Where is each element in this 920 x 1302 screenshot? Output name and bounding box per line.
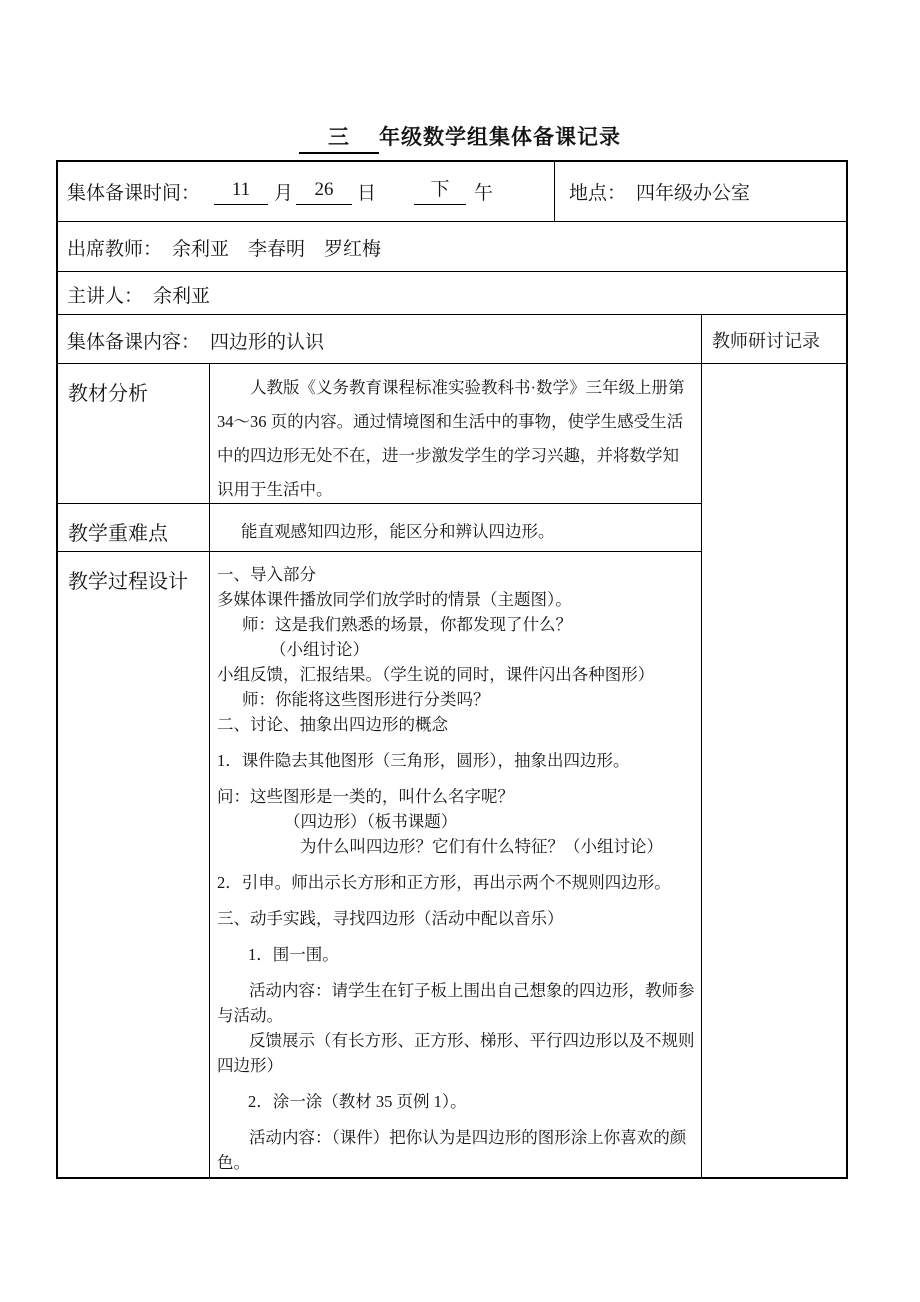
process-line: 师：这是我们熟悉的场景，你都发现了什么？ bbox=[217, 612, 695, 637]
process-line: 反馈展示（有长方形、正方形、梯形、平行四边形以及不规则四边形） bbox=[217, 1028, 695, 1078]
process-line: （小组讨论） bbox=[217, 637, 695, 662]
cell-attendees: 出席教师：余利亚 李春明 罗红梅 bbox=[58, 222, 846, 272]
record-header-label: 教师研讨记录 bbox=[712, 331, 820, 351]
process-line: 2．引申。师出示长方形和正方形，再出示两个不规则四边形。 bbox=[217, 870, 695, 895]
attendees-value: 余利亚 李春明 罗红梅 bbox=[172, 239, 381, 260]
location-label: 地点： bbox=[569, 183, 626, 204]
cell-process-label: 教学过程设计 bbox=[58, 552, 210, 1177]
prep-time-period-value: 下 bbox=[414, 178, 466, 205]
prep-time-period-unit: 午 bbox=[474, 183, 493, 204]
keypoints-label: 教学重难点 bbox=[68, 523, 168, 545]
process-line: 活动内容：请学生在钉子板上围出自己想象的四边形，教师参与活动。 bbox=[217, 978, 695, 1028]
cell-record-header: 教师研讨记录 bbox=[702, 315, 846, 364]
process-content: 一、导入部分多媒体课件播放同学们放学时的情景（主题图）。师：这是我们熟悉的场景，… bbox=[210, 552, 702, 1177]
keypoints-text: 能直观感知四边形，能区分和辨认四边形。 bbox=[241, 522, 555, 541]
title-grade-blank: 三 bbox=[299, 121, 379, 154]
topic-label: 集体备课内容： bbox=[67, 332, 200, 353]
prep-time-label: 集体备课时间： bbox=[67, 183, 200, 204]
process-line: 多媒体课件播放同学们放学时的情景（主题图）。 bbox=[217, 587, 695, 612]
prep-time-day-unit: 日 bbox=[357, 183, 376, 204]
process-line: 三、动手实践，寻找四边形（活动中配以音乐） bbox=[217, 906, 695, 931]
cell-teacher-discussion-record bbox=[702, 364, 846, 1177]
speaker-value: 余利亚 bbox=[153, 286, 210, 307]
process-label: 教学过程设计 bbox=[68, 571, 188, 593]
process-line: 师：你能将这些图形进行分类吗？ bbox=[217, 687, 695, 712]
prep-time-month-value: 11 bbox=[214, 178, 268, 205]
cell-location: 地点：四年级办公室 bbox=[555, 162, 846, 222]
lesson-prep-table: 集体备课时间：11月26日下午 地点：四年级办公室 出席教师：余利亚 李春明 罗… bbox=[56, 160, 848, 1179]
process-line: 问：这些图形是一类的，叫什么名字呢？ bbox=[217, 784, 695, 809]
prep-time-day-value: 26 bbox=[296, 178, 352, 205]
cell-keypoints-content: 能直观感知四边形，能区分和辨认四边形。 bbox=[210, 504, 702, 552]
process-line: 活动内容：（课件）把你认为是四边形的图形涂上你喜欢的颜色。 bbox=[217, 1125, 695, 1175]
cell-material-content: 人教版《义务教育课程标准实验教科书·数学》三年级上册第34～36 页的内容。通过… bbox=[210, 364, 702, 504]
topic-value: 四边形的认识 bbox=[210, 332, 324, 353]
process-line: 1．课件隐去其他图形（三角形，圆形），抽象出四边形。 bbox=[217, 748, 695, 773]
process-line: 为什么叫四边形？它们有什么特征？（小组讨论） bbox=[217, 834, 695, 859]
location-value: 四年级办公室 bbox=[636, 183, 750, 204]
process-line: 一、导入部分 bbox=[217, 562, 695, 587]
cell-prep-time: 集体备课时间：11月26日下午 bbox=[58, 162, 555, 222]
prep-time-month-unit: 月 bbox=[274, 183, 293, 204]
process-line: 小组反馈，汇报结果。（学生说的同时，课件闪出各种图形） bbox=[217, 662, 695, 687]
cell-topic: 集体备课内容：四边形的认识 bbox=[58, 315, 702, 364]
material-label: 教材分析 bbox=[68, 383, 148, 405]
cell-keypoints-label: 教学重难点 bbox=[58, 504, 210, 552]
cell-speaker: 主讲人：余利亚 bbox=[58, 272, 846, 315]
page-title: 三年级数学组集体备课记录 bbox=[0, 121, 920, 154]
document-page: 三年级数学组集体备课记录 集体备课时间：11月26日下午 地点：四年级办公室 出… bbox=[0, 0, 920, 1302]
material-text: 人教版《义务教育课程标准实验教科书·数学》三年级上册第34～36 页的内容。通过… bbox=[217, 378, 685, 499]
process-line: 二、讨论、抽象出四边形的概念 bbox=[217, 712, 695, 737]
attendees-label: 出席教师： bbox=[67, 239, 162, 260]
process-line: 2．涂一涂（教材 35 页例 1）。 bbox=[217, 1089, 695, 1114]
speaker-label: 主讲人： bbox=[67, 286, 143, 307]
title-text: 年级数学组集体备课记录 bbox=[379, 125, 621, 149]
cell-material-label: 教材分析 bbox=[58, 364, 210, 504]
process-line: 1．围一围。 bbox=[217, 942, 695, 967]
process-line: （四边形）（板书课题） bbox=[217, 809, 695, 834]
